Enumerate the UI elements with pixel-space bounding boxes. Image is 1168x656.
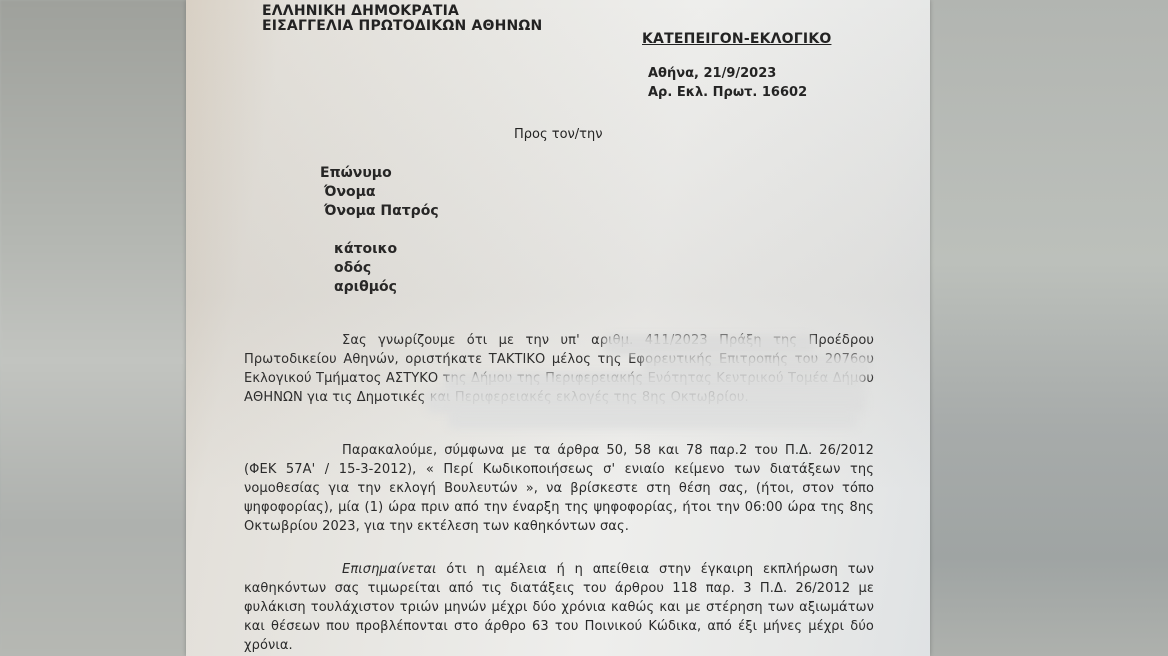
address-block: κάτοικο οδός αριθμός <box>334 240 397 297</box>
recipient-name: Όνομα <box>320 183 439 202</box>
addressee-line: Προς τον/την <box>514 127 603 142</box>
issuer-header: ΕΛΛΗΝΙΚΗ ΔΗΜΟΚΡΑΤΙΑ ΕΙΣΑΓΓΕΛΙΑ ΠΡΩΤΟΔΙΚΩ… <box>262 4 542 34</box>
date-block: Αθήνα, 21/9/2023 Αρ. Εκλ. Πρωτ. 16602 <box>648 64 807 102</box>
recipient-surname: Επώνυμο <box>320 164 439 183</box>
protocol-number: Αρ. Εκλ. Πρωτ. 16602 <box>648 83 807 102</box>
recipient-father-name: Όνομα Πατρός <box>320 202 439 221</box>
paragraph-instructions-text: Παρακαλούμε, σύμφωνα με τα άρθρα 50, 58 … <box>244 441 874 536</box>
redaction-blur <box>448 409 858 429</box>
paragraph-penalty-text: Επισημαίνεται ότι η αμέλεια ή η απείθεια… <box>244 560 874 655</box>
paragraph-penalty-body: ότι η αμέλεια ή η απείθεια στην έγκαιρη … <box>244 562 874 653</box>
paragraph-penalty-lead: Επισημαίνεται <box>342 562 437 577</box>
background-right <box>930 0 1168 656</box>
redaction-blur <box>604 335 814 355</box>
recipient-resident: κάτοικο <box>334 240 397 259</box>
recipient-block: Επώνυμο Όνομα Όνομα Πατρός <box>320 164 439 221</box>
urgent-label: ΚΑΤΕΠΕΙΓΟΝ-ΕΚΛΟΓΙΚΟ <box>642 31 831 47</box>
letter-page: ΕΛΛΗΝΙΚΗ ΔΗΜΟΚΡΑΤΙΑ ΕΙΣΑΓΓΕΛΙΑ ΠΡΩΤΟΔΙΚΩ… <box>186 0 930 656</box>
issuer-line-2: ΕΙΣΑΓΓΕΛΙΑ ΠΡΩΤΟΔΙΚΩΝ ΑΘΗΝΩΝ <box>262 19 542 34</box>
recipient-street: οδός <box>334 259 397 278</box>
issuer-line-1: ΕΛΛΗΝΙΚΗ ΔΗΜΟΚΡΑΤΙΑ <box>262 4 542 19</box>
background-left <box>0 0 186 656</box>
place-date: Αθήνα, 21/9/2023 <box>648 64 807 83</box>
paragraph-penalty: Επισημαίνεται ότι η αμέλεια ή η απείθεια… <box>244 560 874 655</box>
recipient-number: αριθμός <box>334 278 397 297</box>
paragraph-instructions: Παρακαλούμε, σύμφωνα με τα άρθρα 50, 58 … <box>244 441 874 536</box>
